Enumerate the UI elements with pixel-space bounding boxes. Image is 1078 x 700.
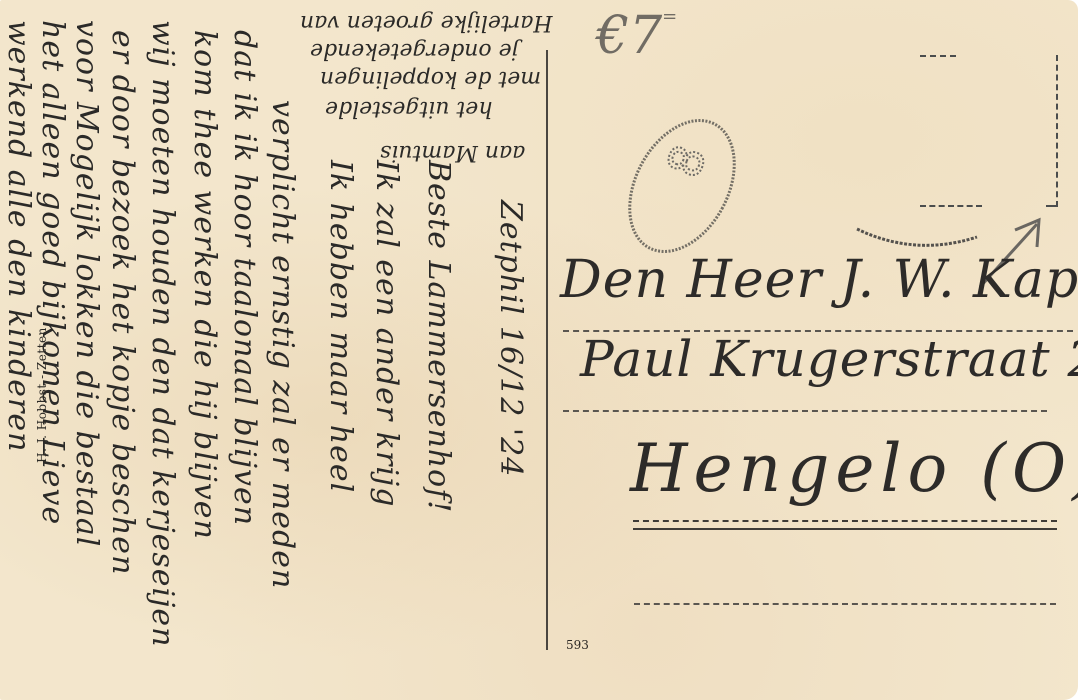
publisher-imprint: H. J. Hobbst - Zetten	[35, 285, 49, 505]
message-line-6: kom thee werken die hij blijven	[187, 30, 222, 540]
message-line-8: er door bezoek het kopje beschen	[105, 30, 140, 575]
message-line-7: wij moeten houden den dat kerjeseijen	[145, 20, 180, 648]
message-line-9: voor Mogelijk lokken die bestaal	[69, 20, 104, 547]
inverted-note-3: met de koppelingen	[320, 66, 541, 91]
message-line-4: verplicht ernstig zal er meden	[265, 100, 300, 589]
message-line-3: Ik hebben maar heel	[323, 160, 358, 493]
message-line-5: dat ik ik hoor taalonaal blijven	[227, 30, 262, 526]
postcard-back: Hartelijke groeten van je ondergetekende…	[0, 0, 1078, 700]
message-line-2: Ik zal een ander krijg	[369, 160, 404, 507]
inverted-note-1: Hartelijke groeten van	[300, 10, 553, 35]
message-date-line: Zetphil 16/12 '24	[493, 200, 528, 477]
address-panel	[548, 0, 1078, 700]
message-line-1: Beste Lammersenhof!	[421, 160, 456, 513]
inverted-note-2: je ondergetekende	[310, 38, 518, 63]
message-panel: Hartelijke groeten van je ondergetekende…	[0, 0, 546, 700]
message-line-11: werkend alle den kinderen	[1, 20, 36, 452]
inverted-note-4: het uitgestelde	[325, 96, 492, 121]
